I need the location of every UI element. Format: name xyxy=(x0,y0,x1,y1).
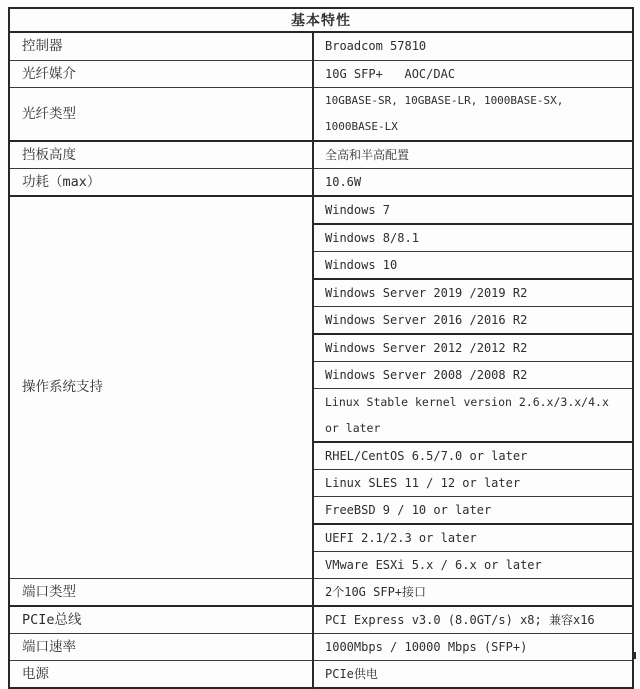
row-value-bracket-height: 全高和半高配置 xyxy=(313,141,633,169)
table-title: 基本特性 xyxy=(9,8,633,32)
os-support-item: VMware ESXi 5.x / 6.x or later xyxy=(313,551,633,578)
row-label-fiber-media: 光纤媒介 xyxy=(9,60,313,87)
os-support-item: Windows Server 2012 /2012 R2 xyxy=(313,334,633,362)
row-label-pcie-bus: PCIe总线 xyxy=(9,606,313,634)
row-label-port-type: 端口类型 xyxy=(9,578,313,606)
row-value-controller: Broadcom 57810 xyxy=(313,32,633,60)
row-label-power-max: 功耗（max） xyxy=(9,168,313,196)
row-label-bracket-height: 挡板高度 xyxy=(9,141,313,169)
row-value-port-type: 2个10G SFP+接口 xyxy=(313,578,633,606)
row-value-power-max: 10.6W xyxy=(313,168,633,196)
row-value-pcie-bus: PCI Express v3.0 (8.0GT/s) x8; 兼容x16 xyxy=(313,606,633,634)
os-support-item: Windows Server 2019 /2019 R2 xyxy=(313,279,633,307)
os-support-item: UEFI 2.1/2.3 or later xyxy=(313,524,633,552)
spec-table: 基本特性 控制器 Broadcom 57810 光纤媒介 10G SFP+ AO… xyxy=(8,7,634,659)
table-cutoff-continuation xyxy=(8,652,636,659)
row-label-controller: 控制器 xyxy=(9,32,313,60)
os-support-item: Windows 8/8.1 xyxy=(313,224,633,252)
os-support-item: RHEL/CentOS 6.5/7.0 or later xyxy=(313,442,633,470)
row-label-os-support: 操作系统支持 xyxy=(9,196,313,579)
os-support-item: Windows Server 2016 /2016 R2 xyxy=(313,306,633,334)
os-support-item: Windows Server 2008 /2008 R2 xyxy=(313,361,633,388)
os-support-item: Linux Stable kernel version 2.6.x/3.x/4.… xyxy=(313,388,633,442)
os-support-item: FreeBSD 9 / 10 or later xyxy=(313,496,633,524)
os-support-item: Windows 10 xyxy=(313,251,633,279)
row-value-fiber-type: 10GBASE-SR, 10GBASE-LR, 1000BASE-SX, 100… xyxy=(313,87,633,141)
row-value-fiber-media: 10G SFP+ AOC/DAC xyxy=(313,60,633,87)
os-support-item: Windows 7 xyxy=(313,196,633,224)
spec-table-container: 基本特性 控制器 Broadcom 57810 光纤媒介 10G SFP+ AO… xyxy=(8,7,634,659)
row-label-fiber-type: 光纤类型 xyxy=(9,87,313,141)
os-support-item: Linux SLES 11 / 12 or later xyxy=(313,469,633,496)
column-divider-stub xyxy=(312,652,314,659)
